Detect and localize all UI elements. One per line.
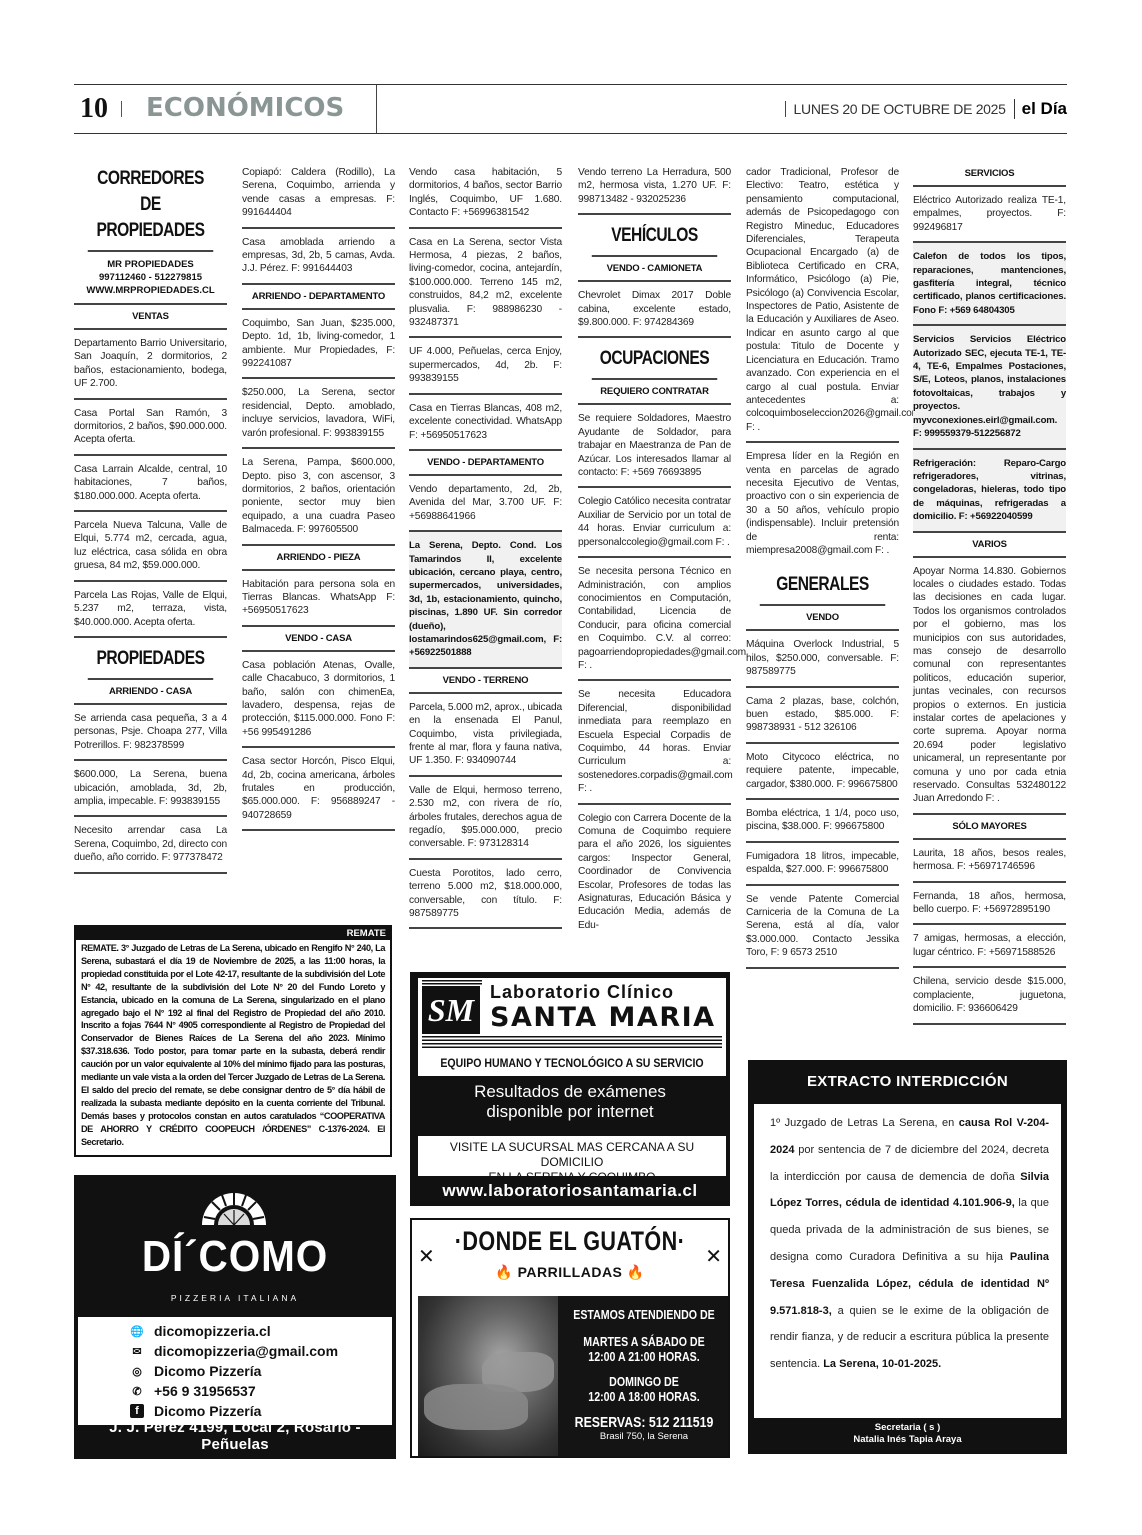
classified-ad: Parcela, 5.000 m2, aprox., ubicada en la…: [409, 694, 562, 777]
classified-ad: Fumigadora 18 litros, impecable, espalda…: [746, 843, 899, 886]
classified-ad: Bomba eléctrica, 1 1/4, poco uso, piscin…: [746, 800, 899, 843]
category-servicios: SERVICIOS: [913, 162, 1066, 187]
classified-ad: Cama 2 plazas, base, colchón, buen estad…: [746, 688, 899, 744]
results-line: Resultados de exámenes: [412, 1082, 728, 1102]
classified-ad: Casa en La Serena, sector Vista Hermosa,…: [409, 229, 562, 339]
donde-el-guaton-ad: ✕ ✕ ·DONDE EL GUATÓN· 🔥 PARRILLADAS 🔥 ES…: [410, 1218, 730, 1458]
remate-label: REMATE: [76, 927, 390, 940]
category-arriendo-pieza: ARRIENDO - PIEZA: [242, 546, 395, 571]
category-ventas: VENTAS: [74, 305, 227, 330]
dicomo-pizzeria-ad: DÍ´COMO PIZZERIA ITALIANA 🌐 dicomopizzer…: [74, 1175, 396, 1459]
category-vendo-camioneta: VENDO - CAMIONETA: [578, 257, 731, 282]
contact-text: Dicomo Pizzería: [154, 1363, 261, 1379]
featured-classified-ad: Calefon de todos los tipos, reparaciones…: [913, 243, 1066, 326]
classified-ad: Se arrienda casa pequeña, 3 a 4 personas…: [74, 705, 227, 761]
classified-ad: UF 4.000, Peñuelas, cerca Enjoy, superme…: [409, 338, 562, 394]
instagram-icon: ◎: [130, 1364, 144, 1378]
agency-web: WWW.MRPROPIEDADES.CL: [74, 284, 227, 297]
hours-line: DOMINGO DE: [571, 1375, 717, 1390]
column-5: cador Tradicional, Profesor de Electivo:…: [746, 162, 899, 969]
classified-ad: Empresa líder en la Región en venta en p…: [746, 443, 899, 564]
meat-shape: [424, 1384, 528, 1430]
page-header: 10 ECONÓMICOS LUNES 20 DE OCTUBRE DE 202…: [74, 84, 1067, 134]
classified-ad: Vendo terreno La Herradura, 500 m2, herm…: [578, 162, 731, 215]
globe-icon: 🌐: [130, 1324, 144, 1338]
classified-ad: Coquimbo, San Juan, $235.000, Depto. 1d,…: [242, 310, 395, 380]
category-arriendo-casa: ARRIENDO - CASA: [74, 680, 227, 705]
guaton-address: Brasil 750, la Serena: [558, 1431, 730, 1442]
lab-logo-area: SM Laboratorio Clínico SANTA MARIA EQUIP…: [418, 978, 726, 1076]
dicomo-address: J. J. Pérez 4199, Local 2, Rosario - Peñ…: [74, 1419, 396, 1453]
heading-propiedades: PROPIEDADES: [88, 638, 213, 680]
results-line: disponible por internet: [412, 1102, 728, 1122]
guaton-title: ·DONDE EL GUATÓN·: [444, 1226, 697, 1257]
column-1: CORREDORES DE PROPIEDADES MR PROPIEDADES…: [74, 160, 227, 874]
column-6: SERVICIOS Eléctrico Autorizado realiza T…: [913, 162, 1066, 1025]
classified-ad: $250.000, La Serena, sector residencial,…: [242, 379, 395, 449]
contact-text: Dicomo Pizzería: [154, 1403, 261, 1419]
whatsapp-icon: ✆: [130, 1384, 144, 1398]
category-arriendo-departamento: ARRIENDO - DEPARTAMENTO: [242, 285, 395, 310]
lab-visit-text: VISITE LA SUCURSAL MAS CERCANA A SU DOMI…: [418, 1136, 726, 1176]
facebook-icon: f: [130, 1404, 144, 1418]
extracto-signature: Secretaria ( s ) Natalia Inés Tapia Aray…: [748, 1422, 1067, 1446]
issue-date: LUNES 20 DE OCTUBRE DE 2025: [785, 101, 1006, 117]
heading-corredores: CORREDORES DE PROPIEDADES: [88, 160, 213, 252]
guaton-subtitle: 🔥 PARRILLADAS 🔥: [412, 1264, 728, 1281]
classified-ad: Parcela Nueva Talcuna, Valle de Elqui, 5…: [74, 512, 227, 582]
classified-ad: $600.000, La Serena, buena ubicación, am…: [74, 761, 227, 817]
agency-phones: 997112460 - 512279815: [74, 271, 227, 284]
classified-ad: Cuesta Porotitos, lado cerro, terreno 5.…: [409, 860, 562, 930]
classified-ad: 7 amigas, hermosas, a elección, lugar cé…: [913, 925, 1066, 968]
signature-role: Secretaria ( s ): [748, 1422, 1067, 1434]
column-4: Vendo terreno La Herradura, 500 m2, herm…: [578, 162, 731, 939]
column-2: Copiapó: Caldera (Rodillo), La Serena, C…: [242, 162, 395, 831]
mail-icon: ✉: [130, 1344, 144, 1358]
classified-ad: Colegio con Carrera Docente de la Comuna…: [578, 805, 731, 940]
classified-ad: Laurita, 18 años, besos reales, hermosa.…: [913, 840, 1066, 883]
lab-name-line1: Laboratorio Clínico: [490, 982, 674, 1003]
classified-ad: Casa sector Horcón, Pisco Elqui, 4d, 2b,…: [242, 748, 395, 831]
classified-ad: Colegio Católico necesita contratar Auxi…: [578, 488, 731, 558]
classified-ad: Máquina Overlock Industrial, 5 hilos, $2…: [746, 631, 899, 687]
hours-line: 12:00 A 18:00 HORAS.: [571, 1390, 717, 1405]
classified-ad: Valle de Elqui, hermoso terreno, 2.530 m…: [409, 777, 562, 860]
classified-ad: Apoyar Norma 14.830. Gobiernos locales o…: [913, 558, 1066, 815]
classified-ad: Casa Portal San Ramón, 3 dormitorios, 2 …: [74, 400, 227, 456]
category-vendo-terreno: VENDO - TERRENO: [409, 669, 562, 694]
signature-name: Natalia Inés Tapia Araya: [748, 1434, 1067, 1446]
classified-ad: Se vende Patente Comercial Carniceria de…: [746, 886, 899, 969]
classified-ad: Casa amoblada arriendo a empresas, 3d, 2…: [242, 229, 395, 285]
lab-results-text: Resultados de exámenes disponible por in…: [412, 1082, 728, 1122]
heading-generales: GENERALES: [760, 564, 885, 606]
contact-instagram[interactable]: ◎ Dicomo Pizzería: [130, 1361, 392, 1381]
contact-text: +56 9 31956537: [154, 1383, 256, 1399]
lab-monogram-icon: SM: [422, 986, 480, 1034]
category-vendo-casa: VENDO - CASA: [242, 627, 395, 652]
classified-ad: Se requiere Soldadores, Maestro Ayudante…: [578, 405, 731, 488]
pizza-oven-icon: [198, 1187, 270, 1225]
lab-slogan: EQUIPO HUMANO Y TECNOLÓGICO A SU SERVICI…: [436, 1056, 707, 1070]
extracto-text: 1º Juzgado de Letras La Serena, en: [770, 1117, 959, 1129]
classified-ad: Chevrolet Dimax 2017 Doble cabina, excel…: [578, 282, 731, 338]
agency-name: MR PROPIEDADES: [74, 258, 227, 271]
contact-text: dicomopizzeria@gmail.com: [154, 1343, 338, 1359]
lab-website-link[interactable]: www.laboratoriosantamaria.cl: [412, 1181, 728, 1201]
grilled-meat-photo: [418, 1296, 558, 1458]
section-title: ECONÓMICOS: [146, 93, 344, 123]
decorative-stripes: [422, 1036, 722, 1050]
category-vendo: VENDO: [746, 606, 899, 631]
classified-ad: Fernanda, 18 años, hermosa, bello cuerpo…: [913, 883, 1066, 926]
classified-ad: Parcela Las Rojas, Valle de Elqui, 5.237…: [74, 582, 227, 638]
featured-classified-ad: La Serena, Depto. Cond. Los Tamarindos I…: [409, 532, 562, 669]
contact-whatsapp[interactable]: ✆ +56 9 31956537: [130, 1381, 392, 1401]
extracto-bold-text: La Serena, 10-01-2025.: [823, 1358, 941, 1370]
agency-block: MR PROPIEDADES 997112460 - 512279815 WWW…: [74, 252, 227, 305]
header-right: LUNES 20 DE OCTUBRE DE 2025 el Día: [785, 99, 1067, 119]
featured-classified-ad: Servicios Servicios Eléctrico Autorizado…: [913, 326, 1066, 449]
classified-ad: Se necesita persona Técnico en Administr…: [578, 558, 731, 681]
category-solo-mayores: SÓLO MAYORES: [913, 815, 1066, 840]
extracto-interdiccion: EXTRACTO INTERDICCIÓN 1º Juzgado de Letr…: [748, 1060, 1067, 1454]
extracto-text: por sentencia de 7 de diciembre del 2024…: [770, 1144, 1049, 1183]
classified-ad: La Serena, Pampa, $600.000, Depto. piso …: [242, 449, 395, 545]
dicomo-tagline: PIZZERIA ITALIANA: [74, 1293, 396, 1303]
classified-ad: Vendo departamento, 2d, 2b, Avenida del …: [409, 476, 562, 532]
classified-ad: Casa población Atenas, Ovalle, calle Cha…: [242, 652, 395, 748]
header-divider: [121, 101, 122, 117]
dicomo-brand-name: DÍ´COMO: [87, 1232, 383, 1282]
classified-ad: Chilena, servicio desde $15.000, complac…: [913, 968, 1066, 1024]
remate-text: REMATE. 3° Juzgado de Letras de La Seren…: [76, 940, 390, 1151]
classified-ad: Eléctrico Autorizado realiza TE-1, empal…: [913, 187, 1066, 243]
classified-ad: Casa en Tierras Blancas, 408 m2, excelen…: [409, 395, 562, 451]
classified-ad: Habitación para persona sola en Tierras …: [242, 571, 395, 627]
newspaper-logo: el Día: [1014, 99, 1067, 119]
reservations-phone: RESERVAS: 512 211519: [571, 1415, 717, 1431]
category-requiero-contratar: REQUIERO CONTRATAR: [578, 380, 731, 405]
guaton-hours: ESTAMOS ATENDIENDO DE MARTES A SÁBADO DE…: [558, 1296, 730, 1458]
heading-ocupaciones: OCUPACIONES: [592, 338, 717, 380]
classified-ad: Moto Citycoco eléctrica, no requiere pat…: [746, 744, 899, 800]
classified-ad-continued: cador Tradicional, Profesor de Electivo:…: [746, 162, 899, 443]
category-vendo-departamento: VENDO - DEPARTAMENTO: [409, 451, 562, 476]
guaton-subtitle-text: PARRILLADAS: [518, 1264, 623, 1280]
contact-email[interactable]: ✉ dicomopizzeria@gmail.com: [130, 1341, 392, 1361]
hours-line: ESTAMOS ATENDIENDO DE: [571, 1308, 717, 1323]
heading-vehiculos: VEHÍCULOS: [592, 215, 717, 257]
extracto-title: EXTRACTO INTERDICCIÓN: [748, 1060, 1067, 1104]
featured-classified-ad: Refrigeración: Reparo-Cargo refrigerador…: [913, 450, 1066, 533]
contact-text: dicomopizzeria.cl: [154, 1323, 271, 1339]
flame-icon: 🔥: [627, 1264, 645, 1280]
classified-ad: Vendo casa habitación, 5 dormitorios, 4 …: [409, 162, 562, 229]
hours-line: MARTES A SÁBADO DE: [571, 1335, 717, 1350]
classified-ad: Departamento Barrio Universitario, San J…: [74, 330, 227, 400]
hours-line: 12:00 A 21:00 HORAS.: [571, 1350, 717, 1365]
flame-icon: 🔥: [495, 1264, 513, 1280]
classified-ad: Casa Larrain Alcalde, central, 10 habita…: [74, 456, 227, 512]
contact-facebook[interactable]: f Dicomo Pizzería: [130, 1401, 392, 1421]
extracto-body: 1º Juzgado de Letras La Serena, en causa…: [754, 1104, 1061, 1418]
lab-name-line2: SANTA MARIA: [490, 1002, 716, 1033]
classified-ad: Necesito arrendar casa La Serena, Coquim…: [74, 817, 227, 873]
dicomo-contact-list: 🌐 dicomopizzeria.cl ✉ dicomopizzeria@gma…: [78, 1317, 392, 1425]
laboratorio-santa-maria-ad: SM Laboratorio Clínico SANTA MARIA EQUIP…: [410, 972, 730, 1206]
page-number: 10: [80, 93, 108, 125]
visit-line: VISITE LA SUCURSAL MAS CERCANA A SU DOMI…: [418, 1140, 726, 1170]
classified-ad: Copiapó: Caldera (Rodillo), La Serena, C…: [242, 162, 395, 229]
header-divider: [376, 85, 377, 133]
category-varios: VARIOS: [913, 533, 1066, 558]
remate-notice: REMATE REMATE. 3° Juzgado de Letras de L…: [74, 925, 392, 1157]
column-3: Vendo casa habitación, 5 dormitorios, 4 …: [409, 162, 562, 929]
classified-ad: Se necesita Educadora Diferencial, dispo…: [578, 681, 731, 804]
contact-website[interactable]: 🌐 dicomopizzeria.cl: [130, 1321, 392, 1341]
